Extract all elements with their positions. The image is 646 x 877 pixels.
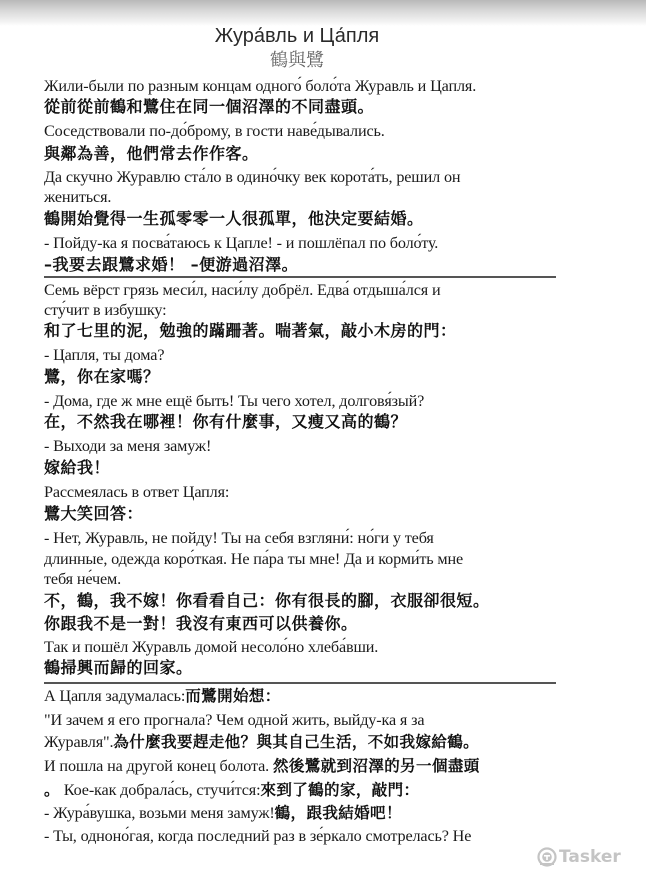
paragraph-line-ru: - Цапля, ты дома? — [44, 345, 164, 365]
paragraph-line-ru: - Выходи за меня замуж! — [44, 436, 211, 456]
paragraph-line-mixed: 。 Кое-как добрала́сь, стучи́тся:來到了鶴的家，敲… — [44, 780, 419, 800]
paragraph-line-ru: жениться. — [44, 187, 111, 207]
ru-text: И пошла на другой конец болота. — [44, 757, 273, 775]
paragraph-line-ru: тебя не́чем. — [44, 569, 121, 589]
paragraph-line-zh: 鶴掃興而歸的回家。 — [44, 657, 193, 679]
zh-text: 而鷺開始想： — [185, 687, 280, 705]
ru-text: А Цапля задумалась: — [44, 687, 185, 705]
zh-text: 來到了鶴的家，敲門： — [260, 781, 419, 799]
paragraph-line-ru: Соседствовали по-до́брому, в гости наве́… — [44, 121, 385, 141]
zh-text: 鶴，跟我結婚吧！ — [275, 804, 402, 822]
paragraph-line-mixed: - Жура́вушка, возьми меня замуж!鶴，跟我結婚吧！ — [44, 803, 402, 823]
paragraph-line-zh: 在，不然我在哪裡！你有什麼事，又瘦又高的鶴？ — [44, 411, 407, 433]
paragraph-line-ru: - Дома, где ж мне ещё быть! Ты чего хоте… — [44, 391, 424, 411]
paragraph-line-zh: 你跟我不是一對！我沒有東西可以供養你。 — [44, 613, 358, 635]
zh-text: 。 — [44, 781, 60, 799]
tasker-logo-icon — [537, 847, 557, 867]
page-subtitle: 鶴與鷺 — [0, 49, 594, 73]
paragraph-line-mixed: А Цапля задумалась:而鷺開始想： — [44, 686, 281, 706]
paragraph-line-zh: –我要去跟鷺求婚！ –便游過沼澤。 — [44, 254, 298, 276]
zh-text: 為什麼我要趕走他？與其自己生活，不如我嫁給鶴。 — [113, 733, 479, 751]
paragraph-line-mixed: И пошла на другой конец болота. 然後鷺就到沼澤的… — [44, 756, 480, 776]
page-title: Жура́вль и Ца́пля — [0, 24, 594, 48]
ru-text: Кое-как добрала́сь, стучи́тся: — [60, 781, 261, 799]
section-divider — [44, 276, 556, 278]
paragraph-line-ru: "И зачем я его прогнала? Чем одной жить,… — [44, 710, 424, 730]
paragraph-line-zh: 嫁給我！ — [44, 457, 110, 479]
paragraph-line-zh: 鷺大笑回答： — [44, 503, 143, 525]
paragraph-line-ru: - Пойду-ка я посва́таюсь к Цапле! - и по… — [44, 233, 438, 253]
paragraph-line-ru: Семь вёрст грязь меси́л, наси́лу добрёл.… — [44, 280, 440, 300]
paragraph-line-ru: - Нет, Журавль, не пойду! Ты на себя взг… — [44, 528, 434, 548]
paragraph-line-ru: Да скучно Журавлю ста́ло в одино́чку век… — [44, 167, 460, 187]
document-page: Жура́вль и Ца́пля 鶴與鷺 Жили-были по разны… — [0, 0, 646, 877]
tasker-watermark: Tasker — [537, 846, 621, 868]
paragraph-line-ru: длинные, одежда коро́ткая. Не па́ра ты м… — [44, 549, 463, 569]
paragraph-line-zh: 從前從前鶴和鷺住在同一個沼澤的不同盡頭。 — [44, 96, 374, 118]
paragraph-line-mixed: Журавля".為什麼我要趕走他？與其自己生活，不如我嫁給鶴。 — [44, 732, 479, 752]
paragraph-line-zh: 和了七里的泥，勉強的蹣跚著。喘著氣，敲小木房的門： — [44, 320, 457, 342]
paragraph-line-zh: 鷺，你在家嗎？ — [44, 366, 160, 388]
paragraph-line-ru: Рассмеялась в ответ Цапля: — [44, 482, 229, 502]
paragraph-line-ru: Жили-были по разным концам одного́ боло́… — [44, 76, 476, 96]
paragraph-line-zh: 鶴開始覺得一生孤零零一人很孤單，他決定要結婚。 — [44, 208, 424, 230]
zh-text: 然後鷺就到沼澤的另一個盡頭 — [273, 757, 480, 775]
ru-text: - Жура́вушка, возьми меня замуж! — [44, 804, 275, 822]
ru-text: Журавля". — [44, 733, 113, 751]
section-divider — [44, 682, 556, 684]
paragraph-line-zh: 與鄰為善，他們常去作作客。 — [44, 143, 259, 165]
paragraph-line-ru: Так и пошёл Журавль домой несоло́но хлеб… — [44, 637, 378, 657]
paragraph-line-ru: сту́чит в избушку: — [44, 300, 166, 320]
paragraph-line-ru: - Ты, одноно́гая, когда последний раз в … — [44, 826, 471, 846]
paragraph-line-zh: 不，鶴，我不嫁！你看看自己：你有很長的腳，衣服卻很短。 — [44, 590, 490, 612]
top-shadow — [0, 0, 646, 26]
watermark-label: Tasker — [559, 847, 621, 867]
